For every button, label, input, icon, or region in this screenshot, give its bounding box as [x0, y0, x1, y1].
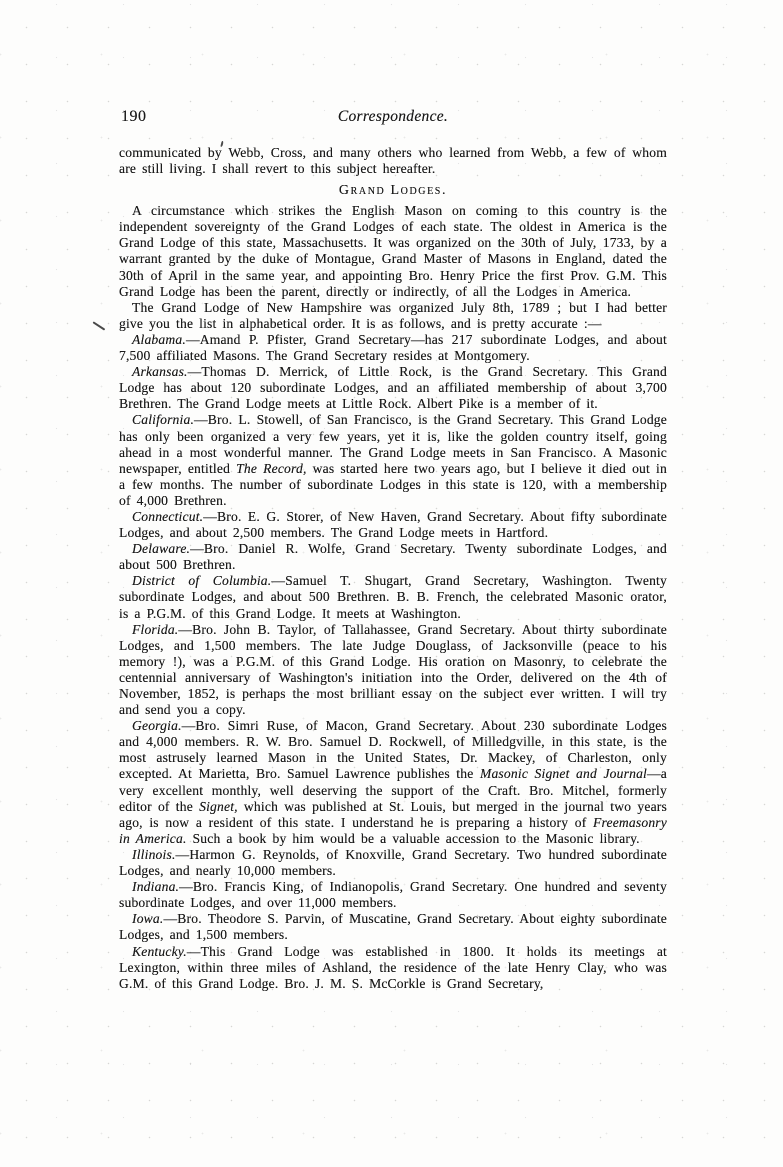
italic-text-segment: Florida. — [132, 622, 178, 637]
paragraph: California.—Bro. L. Stowell, of San Fran… — [119, 412, 667, 509]
text-segment: —Bro. Francis King, of Indianopolis, Gra… — [119, 879, 667, 910]
paragraph: Illinois.—Harmon G. Reynolds, of Knoxvil… — [119, 847, 667, 879]
text-segment: Grand Lodges. — [339, 183, 447, 198]
paragraph: Delaware.—Bro. Daniel R. Wolfe, Grand Se… — [119, 541, 667, 573]
text-segment: —Bro. Theodore S. Parvin, of Muscatine, … — [119, 911, 667, 942]
text-segment: —Bro. Daniel R. Wolfe, Grand Secretary. … — [119, 541, 667, 572]
paragraph: Iowa.—Bro. Theodore S. Parvin, of Muscat… — [119, 911, 667, 943]
text-segment: —Amand P. Pfister, Grand Secretary—has 2… — [119, 332, 667, 363]
italic-text-segment: Iowa. — [132, 911, 164, 926]
italic-text-segment: Illinois. — [132, 847, 176, 862]
text-segment: Such a book by him would be a valuable a… — [187, 831, 640, 846]
paragraph: Connecticut.—Bro. E. G. Storer, of New H… — [119, 509, 667, 541]
paragraph: District of Columbia.—Samuel T. Shugart,… — [119, 573, 667, 621]
paragraph: Georgia.—Bro. Simri Ruse, of Macon, Gran… — [119, 718, 667, 847]
paragraph: A circumstance which strikes the English… — [119, 203, 667, 300]
paragraph: The Grand Lodge of New Hampshire was org… — [119, 300, 667, 332]
paragraph: communicated by Webb, Cross, and many ot… — [119, 145, 667, 177]
page-header: 190 Correspondence. — [119, 108, 667, 130]
italic-text-segment: Indiana. — [132, 879, 179, 894]
italic-text-segment: Signet, — [199, 799, 238, 814]
italic-text-segment: Delaware. — [132, 541, 190, 556]
text-segment: communicated by Webb, Cross, and many ot… — [119, 145, 667, 176]
italic-text-segment: The Record, — [236, 461, 306, 476]
paragraph: Alabama.—Amand P. Pfister, Grand Secreta… — [119, 332, 667, 364]
italic-text-segment: District of Columbia. — [132, 573, 271, 588]
italic-text-segment: Alabama. — [132, 332, 186, 347]
italic-text-segment: Connecticut. — [132, 509, 203, 524]
page-body: communicated by Webb, Cross, and many ot… — [119, 145, 667, 992]
scanned-book-page: 190 Correspondence. communicated by Webb… — [0, 0, 783, 1167]
text-segment: A circumstance which strikes the English… — [119, 203, 667, 298]
italic-text-segment: Kentucky. — [132, 944, 187, 959]
paragraph: Indiana.—Bro. Francis King, of Indianopo… — [119, 879, 667, 911]
running-head: Correspondence. — [119, 108, 667, 126]
italic-text-segment: Georgia. — [132, 718, 182, 733]
paragraph: Florida.—Bro. John B. Taylor, of Tallaha… — [119, 622, 667, 719]
paragraph: Kentucky.—This Grand Lodge was establish… — [119, 944, 667, 992]
text-segment: —Thomas D. Merrick, of Little Rock, is t… — [119, 364, 667, 411]
text-segment: —Bro. John B. Taylor, of Tallahassee, Gr… — [119, 622, 667, 717]
text-segment: —This Grand Lodge was established in 180… — [119, 944, 667, 991]
italic-text-segment: Masonic Signet and Journal — [480, 766, 647, 781]
italic-text-segment: California. — [132, 412, 194, 427]
text-segment: —Harmon G. Reynolds, of Knoxville, Grand… — [119, 847, 667, 878]
paragraph: Arkansas.—Thomas D. Merrick, of Little R… — [119, 364, 667, 412]
italic-text-segment: Arkansas. — [132, 364, 188, 379]
text-segment: The Grand Lodge of New Hampshire was org… — [119, 300, 667, 331]
margin-pen-mark — [93, 321, 106, 330]
section-heading: Grand Lodges. — [119, 183, 667, 199]
text-column: 190 Correspondence. communicated by Webb… — [119, 108, 667, 992]
